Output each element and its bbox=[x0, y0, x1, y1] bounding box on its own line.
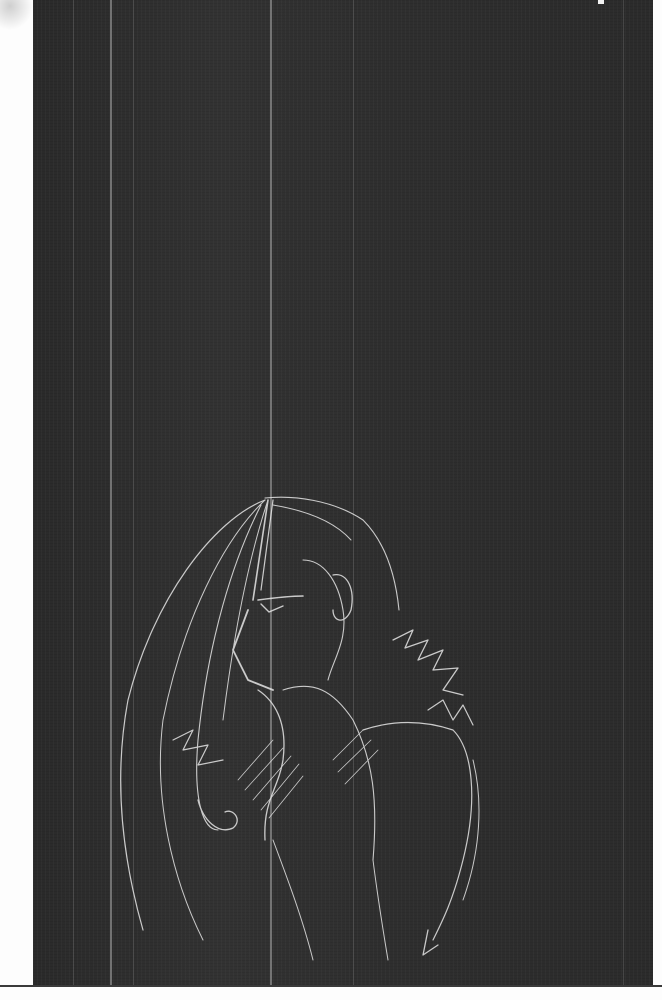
figure-sketch bbox=[33, 0, 653, 985]
panel-bottom-edge bbox=[0, 985, 662, 987]
scan-smudge bbox=[0, 0, 33, 30]
